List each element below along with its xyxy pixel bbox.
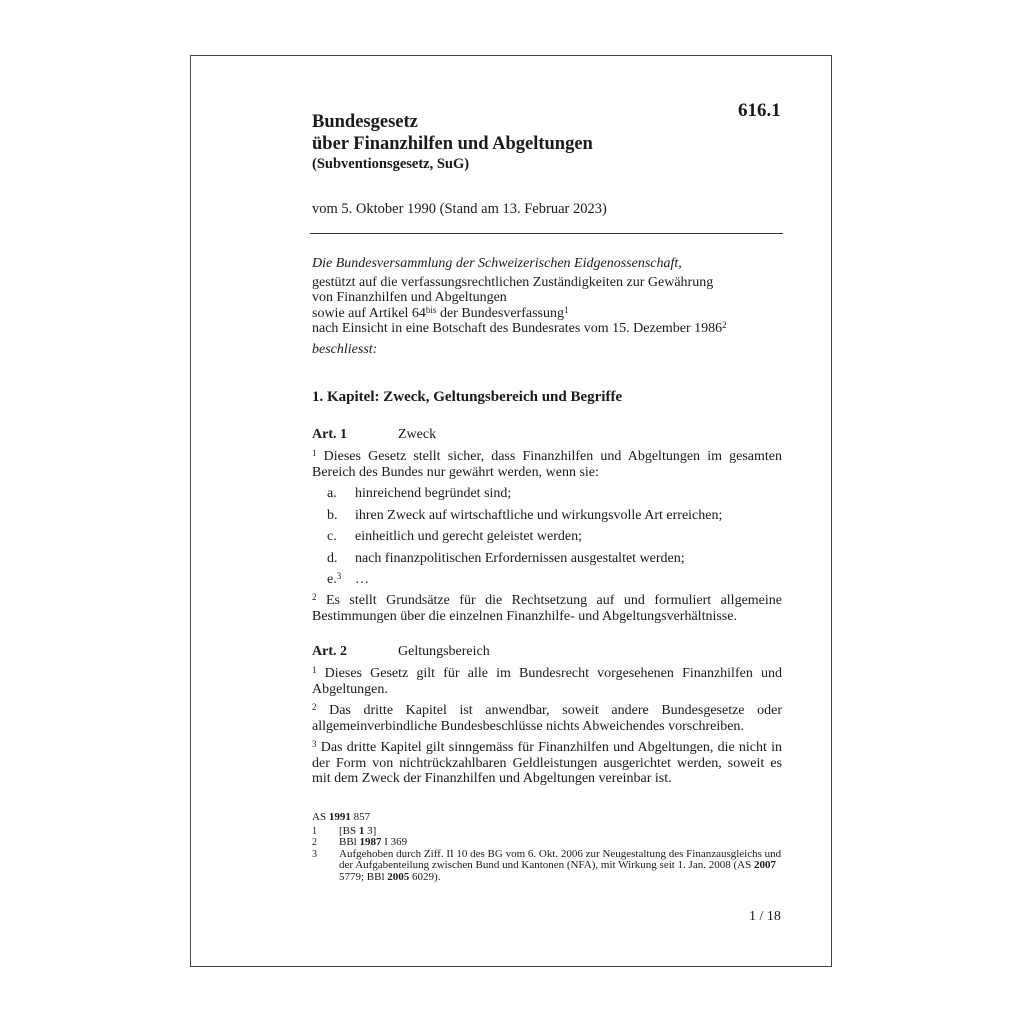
article-1-heading: Art. 1Zweck	[312, 427, 436, 443]
preamble-line-4: nach Einsicht in eine Botschaft des Bund…	[312, 321, 727, 337]
fn-text: 3]	[364, 825, 376, 837]
article-2-paragraph-1: 1 Dieses Gesetz gilt für alle im Bundesr…	[312, 666, 782, 697]
fn-text: Aufgehoben durch Ziff. II 10 des BG vom …	[339, 848, 781, 872]
article-1-list: a.hinreichend begründet sind; b.ihren Zw…	[327, 486, 722, 594]
article-title: Zweck	[398, 427, 436, 442]
preamble-text: nach Einsicht in eine Botschaft des Bund…	[312, 321, 722, 336]
preamble: Die Bundesversammlung der Schweizerische…	[312, 256, 727, 357]
footnote-number: 2	[312, 837, 339, 849]
official-compilation-ref: AS 1991 857	[312, 812, 782, 824]
law-title: Bundesgesetz über Finanzhilfen und Abgel…	[312, 111, 593, 155]
paragraph-text: Das dritte Kapitel ist anwendbar, soweit…	[312, 703, 782, 734]
footnote-ref-1[interactable]: 1	[564, 305, 569, 315]
article-2-heading: Art. 2Geltungsbereich	[312, 644, 490, 660]
article-2-paragraph-2: 2 Das dritte Kapitel ist anwendbar, sowe…	[312, 703, 782, 734]
footnote-text: Aufgehoben durch Ziff. II 10 des BG vom …	[339, 849, 782, 884]
law-short-title: (Subventionsgesetz, SuG)	[312, 156, 469, 173]
chapter-heading: 1. Kapitel: Zweck, Geltungsbereich und B…	[312, 389, 622, 406]
article-title: Geltungsbereich	[398, 644, 490, 659]
ref-year: 1991	[329, 811, 351, 823]
paragraph-text: Dieses Gesetz gilt für alle im Bundesrec…	[312, 666, 782, 697]
fn-text: I 369	[381, 836, 407, 848]
paragraph-text: Dieses Gesetz stellt sicher, dass Finanz…	[312, 449, 782, 480]
ref-page: 857	[351, 811, 370, 823]
sr-number: 616.1	[738, 100, 781, 122]
law-date: vom 5. Oktober 1990 (Stand am 13. Februa…	[312, 201, 607, 218]
article-1-paragraph-1: 1 Dieses Gesetz stellt sicher, dass Fina…	[312, 449, 782, 480]
fn-text: 6029).	[409, 871, 440, 883]
preamble-text: sowie auf Artikel 64	[312, 306, 426, 321]
footnote-number: 1	[312, 826, 339, 838]
law-title-line-2: über Finanzhilfen und Abgeltungen	[312, 133, 593, 155]
article-2-paragraph-3: 3 Das dritte Kapitel gilt sinngemäss für…	[312, 740, 782, 787]
footnote-ref-2[interactable]: 2	[722, 320, 727, 330]
footnotes: AS 1991 857 1[BS 1 3] 2BBl 1987 I 369 3A…	[312, 812, 782, 883]
preamble-line-3: sowie auf Artikel 64bis der Bundesverfas…	[312, 306, 727, 322]
fn-bold: 2005	[387, 871, 409, 883]
fn-text: [BS	[339, 825, 359, 837]
preamble-line-1: gestützt auf die verfassungsrechtlichen …	[312, 275, 727, 291]
list-label: b.	[327, 508, 355, 524]
preamble-line-2: von Finanzhilfen und Abgeltungen	[312, 290, 727, 306]
list-label: e.	[327, 572, 337, 587]
list-label: a.	[327, 486, 355, 502]
footnote-number: 3	[312, 849, 339, 884]
fn-bold: 2007	[754, 859, 776, 871]
law-title-line-1: Bundesgesetz	[312, 111, 593, 133]
list-item: b.ihren Zweck auf wirtschaftliche und wi…	[327, 508, 722, 530]
footnote-ref-3[interactable]: 3	[337, 571, 342, 581]
header-divider	[310, 233, 783, 234]
preamble-text: der Bundesverfassung	[436, 306, 564, 321]
paragraph-text: Das dritte Kapitel gilt sinngemäss für F…	[312, 740, 782, 786]
list-text: …	[355, 572, 369, 587]
preamble-resolves: beschliesst:	[312, 342, 727, 358]
fn-bold: 1987	[359, 836, 381, 848]
list-text: nach finanzpolitischen Erfordernissen au…	[355, 551, 685, 566]
list-text: hinreichend begründet sind;	[355, 486, 511, 501]
superscript-bis: bis	[426, 305, 437, 315]
ref-text: AS	[312, 811, 329, 823]
article-number: Art. 2	[312, 644, 398, 660]
article-1-paragraph-2: 2 Es stellt Grundsätze für die Rechtsetz…	[312, 593, 782, 624]
article-number: Art. 1	[312, 427, 398, 443]
paragraph-text: Es stellt Grundsätze für die Rechtsetzun…	[312, 593, 782, 624]
fn-text: BBl	[339, 836, 359, 848]
list-item: c.einheitlich und gerecht geleistet werd…	[327, 529, 722, 551]
list-item: a.hinreichend begründet sind;	[327, 486, 722, 508]
list-text: einheitlich und gerecht geleistet werden…	[355, 529, 582, 544]
list-item: d.nach finanzpolitischen Erfordernissen …	[327, 551, 722, 573]
preamble-intro: Die Bundesversammlung der Schweizerische…	[312, 256, 727, 272]
footnote-3: 3Aufgehoben durch Ziff. II 10 des BG vom…	[312, 849, 782, 884]
fn-text: 5779; BBl	[339, 871, 387, 883]
list-label: c.	[327, 529, 355, 545]
list-item: e.3…	[327, 572, 722, 594]
list-label: d.	[327, 551, 355, 567]
list-text: ihren Zweck auf wirtschaftliche und wirk…	[355, 508, 722, 523]
page-indicator: 1 / 18	[749, 909, 781, 925]
